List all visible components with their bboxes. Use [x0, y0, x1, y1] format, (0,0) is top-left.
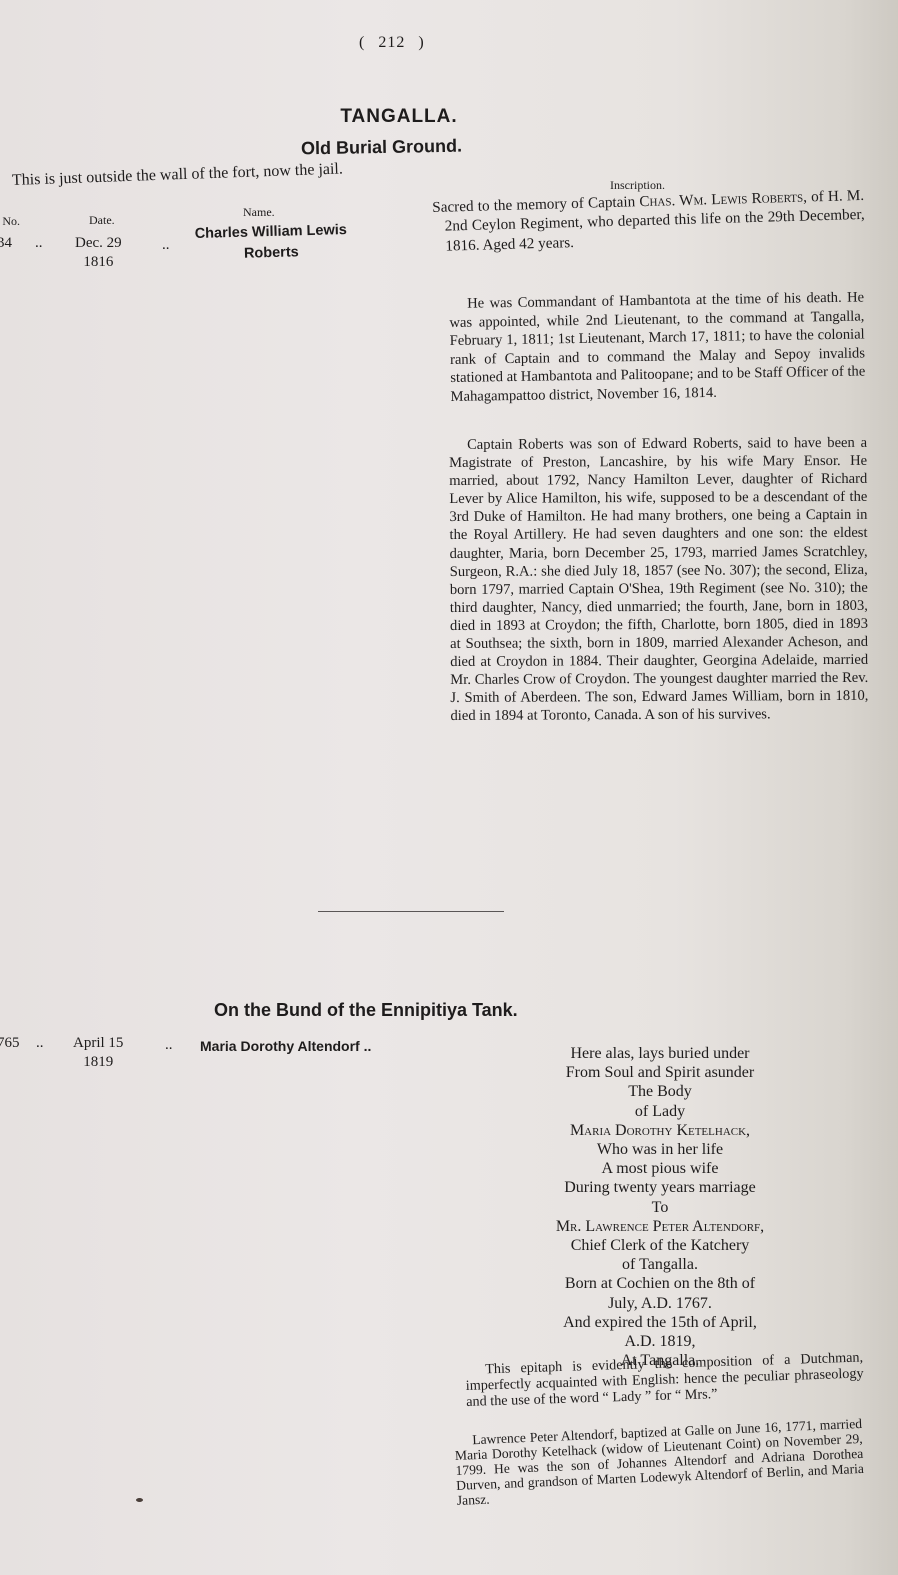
epitaph-line: Born at Cochien on the 8th of — [495, 1274, 825, 1293]
epitaph-line: Chief Clerk of the Katchery — [495, 1236, 825, 1255]
inscription-text: Sacred to the memory of Captain Chas. Wm… — [432, 186, 865, 256]
paper-blemish — [136, 1498, 143, 1502]
column-header-date: Date. — [89, 213, 115, 228]
epitaph-line: And expired the 15th of April, — [495, 1313, 825, 1332]
epitaph-line: A most pious wife — [495, 1159, 825, 1178]
epitaph-line: From Soul and Spirit asunder — [495, 1063, 825, 1082]
epitaph-line: A.D. 1819, — [495, 1332, 825, 1351]
entry-date-year: 1816 — [75, 253, 122, 272]
epitaph-line: of Lady — [495, 1102, 825, 1121]
leader-dots: .. — [162, 236, 170, 255]
column-header-number: l No. — [0, 214, 20, 229]
column-header-name: Name. — [243, 205, 275, 220]
commentary-paragraph-2: Lawrence Peter Altendorf, baptized at Ga… — [454, 1416, 865, 1508]
epitaph-line: During twenty years marriage — [495, 1178, 825, 1197]
biography-text: Captain Roberts was son of Edward Robert… — [449, 434, 869, 726]
place-title: TANGALLA. — [0, 106, 798, 128]
epitaph-line: of Tangalla. — [495, 1255, 825, 1274]
entry-date-year: 1819 — [73, 1053, 123, 1072]
epitaph-line: Mr. Lawrence Peter Altendorf, — [495, 1217, 825, 1236]
entry-date-day: Dec. 29 — [75, 234, 122, 253]
entry-date: April 15 1819 — [73, 1034, 123, 1072]
biography-text: He was Commandant of Hambantota at the t… — [449, 288, 866, 406]
leader-dots: .. — [35, 234, 43, 253]
entry-name: Maria Dorothy Altendorf .. — [200, 1038, 371, 1054]
commentary-text: Lawrence Peter Altendorf, baptized at Ga… — [454, 1416, 865, 1508]
epitaph-line: Who was in her life — [495, 1140, 825, 1159]
section-divider — [318, 911, 504, 912]
epitaph-text: Here alas, lays buried underFrom Soul an… — [495, 1044, 825, 1370]
epitaph-line: The Body — [495, 1082, 825, 1101]
page-number: ( 212 ) — [359, 34, 425, 52]
section-note: This is just outside the wall of the for… — [12, 160, 343, 190]
leader-dots: .. — [36, 1034, 44, 1053]
entry-date-day: April 15 — [73, 1034, 123, 1053]
entry-name-line1: Charles William Lewis — [194, 220, 347, 245]
leader-dots: .. — [165, 1036, 173, 1055]
section-title-old-burial-ground: Old Burial Ground. — [301, 136, 462, 160]
entry-number: 765 — [0, 1034, 20, 1053]
section-title-ennipitiya-tank: On the Bund of the Ennipitiya Tank. — [214, 1000, 518, 1021]
epitaph-line: July, A.D. 1767. — [495, 1294, 825, 1313]
epitaph-line: Maria Dorothy Ketelhack, — [495, 1121, 825, 1140]
epitaph-line: To — [495, 1198, 825, 1217]
place-title-text: TANGALLA. — [340, 106, 457, 128]
commentary-paragraph-1: This epitaph is evidently the compositio… — [465, 1349, 864, 1415]
entry-name: Charles William Lewis Roberts — [194, 220, 347, 266]
entry-name-line2: Roberts — [195, 241, 348, 266]
inscription-name-smallcaps: Chas. Wm. Lewis Roberts — [639, 189, 803, 211]
biography-paragraph-2: Captain Roberts was son of Edward Robert… — [449, 434, 869, 726]
entry-date: Dec. 29 1816 — [75, 234, 122, 272]
epitaph-line: Here alas, lays buried under — [495, 1044, 825, 1063]
biography-paragraph-1: He was Commandant of Hambantota at the t… — [449, 288, 866, 412]
entry-number: 34 — [0, 234, 12, 253]
